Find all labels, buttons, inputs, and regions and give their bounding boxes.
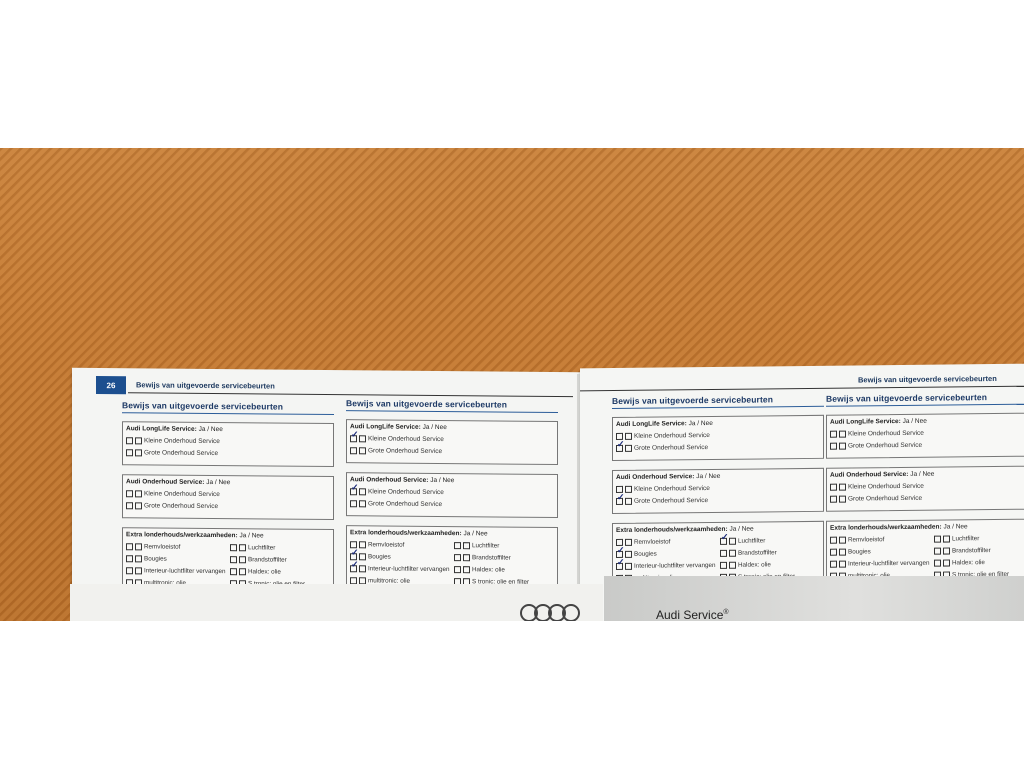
longlife-service-box-header: Audi LongLife Service: Ja / Nee <box>350 423 554 432</box>
checkbox-label: Grote Onderhoud Service <box>848 495 922 503</box>
checkbox-label: Remvloeistof <box>368 541 404 549</box>
checkbox-nee[interactable] <box>625 551 632 558</box>
section-label: Audi Onderhoud Service: <box>126 478 204 486</box>
checkbox-label: Luchtfilter <box>248 544 275 552</box>
checkbox-nee[interactable] <box>625 433 632 440</box>
checkbox-label: Grote Onderhoud Service <box>368 447 442 455</box>
section-label: Extra londerhouds/werkzaamheden: <box>350 529 462 537</box>
checkbox-label: Interieur-luchtfilter vervangen <box>144 567 226 576</box>
extra-work-header: Extra londerhouds/werkzaamheden: Ja / Ne… <box>126 531 330 540</box>
checkbox-label: Haldex: olie <box>952 559 985 567</box>
checkbox-row: Kleine Onderhoud Service <box>616 484 820 493</box>
yes-no-label: Ja / Nee <box>239 532 263 539</box>
checkbox-nee[interactable] <box>729 538 736 545</box>
checkbox-row: Kleine Onderhoud Service <box>616 431 820 440</box>
checkbox-ja[interactable] <box>350 435 357 442</box>
checkbox-row: Bougies <box>616 550 716 559</box>
checkbox-label: Brandstoffilter <box>248 556 287 564</box>
checkbox-row: Brandstoffilter <box>454 554 554 563</box>
checkbox-ja[interactable] <box>350 447 357 454</box>
checkbox-nee[interactable] <box>839 496 846 503</box>
checkbox-ja[interactable] <box>830 443 837 450</box>
checkbox-label: Remvloeistof <box>634 538 670 546</box>
checkbox-ja[interactable] <box>126 449 133 456</box>
onderhoud-service-box: Audi Onderhoud Service: Ja / NeeKleine O… <box>346 472 558 518</box>
checkbox-label: Kleine Onderhoud Service <box>634 432 710 440</box>
checkbox-label: Bougies <box>144 555 167 563</box>
checkbox-ja[interactable] <box>126 543 133 550</box>
checkbox-label: Bougies <box>848 548 871 556</box>
checkbox-nee[interactable] <box>135 555 142 562</box>
running-head-left: Bewijs van uitgevoerde servicebeurten <box>136 380 275 390</box>
section-label: Audi LongLife Service: <box>616 420 687 428</box>
checkbox-nee[interactable] <box>359 447 366 454</box>
yes-no-label: Ja / Nee <box>689 420 713 427</box>
checkbox-label: Luchtfilter <box>738 537 765 545</box>
checkbox-ja[interactable] <box>126 567 133 574</box>
checkbox-ja[interactable] <box>830 496 837 503</box>
longlife-service-box-header: Audi LongLife Service: Ja / Nee <box>616 419 820 428</box>
checkbox-label: Grote Onderhoud Service <box>368 500 442 508</box>
checkbox-nee[interactable] <box>625 445 632 452</box>
checkbox-row: Haldex: olie <box>934 559 1024 568</box>
checkbox-row: Luchtfilter <box>934 535 1024 544</box>
checkbox-label: Bougies <box>368 553 391 561</box>
checkbox-label: Kleine Onderhoud Service <box>144 490 220 498</box>
longlife-service-box: Audi LongLife Service: Ja / NeeKleine On… <box>346 419 558 465</box>
checkbox-row: Kleine Onderhoud Service <box>350 488 554 497</box>
column-title: Bewijs van uitgevoerde servicebeurten <box>122 400 334 415</box>
section-label: Audi LongLife Service: <box>350 423 421 431</box>
checkbox-ja[interactable] <box>720 550 727 557</box>
yes-no-label: Ja / Nee <box>430 477 454 484</box>
section-label: Audi LongLife Service: <box>126 425 197 433</box>
checkbox-ja[interactable] <box>616 563 623 570</box>
checkbox-ja[interactable] <box>454 566 461 573</box>
checkbox-label: Remvloeistof <box>144 543 180 551</box>
checkbox-ja[interactable] <box>126 490 133 497</box>
checkbox-label: Luchtfilter <box>472 542 499 550</box>
checkbox-nee[interactable] <box>239 556 246 563</box>
checkbox-row: Luchtfilter <box>720 537 820 546</box>
checkbox-row: Haldex: olie <box>454 566 554 575</box>
checkbox-ja[interactable] <box>934 548 941 555</box>
yes-no-label: Ja / Nee <box>943 523 967 530</box>
checkbox-ja[interactable] <box>830 549 837 556</box>
checkbox-label: Interieur-luchtfilter vervangen <box>634 562 716 571</box>
checkbox-nee[interactable] <box>625 539 632 546</box>
checkbox-row: Bougies <box>350 553 450 562</box>
section-label: Audi Onderhoud Service: <box>830 471 908 479</box>
checkbox-row: Remvloeistof <box>616 538 716 547</box>
checkbox-row: Remvloeistof <box>350 541 450 550</box>
running-line <box>128 392 573 397</box>
yes-no-label: Ja / Nee <box>903 418 927 425</box>
onderhoud-service-box: Audi Onderhoud Service: Ja / NeeKleine O… <box>612 468 824 514</box>
checkbox-row: Kleine Onderhoud Service <box>830 482 1024 491</box>
checkbox-row: Kleine Onderhoud Service <box>126 437 330 446</box>
yes-no-label: Ja / Nee <box>910 471 934 478</box>
onderhoud-service-box-header: Audi Onderhoud Service: Ja / Nee <box>126 478 330 487</box>
checkbox-nee[interactable] <box>463 554 470 561</box>
section-label: Extra londerhouds/werkzaamheden: <box>616 526 728 534</box>
checkbox-label: Grote Onderhoud Service <box>848 442 922 450</box>
checkbox-row: Grote Onderhoud Service <box>350 500 554 509</box>
checkbox-label: Luchtfilter <box>952 535 979 543</box>
checkbox-ja[interactable] <box>126 555 133 562</box>
checkbox-ja[interactable] <box>350 565 357 572</box>
checkbox-nee[interactable] <box>729 550 736 557</box>
checkbox-label: Kleine Onderhoud Service <box>368 488 444 496</box>
checkbox-ja[interactable] <box>126 502 133 509</box>
checkbox-nee[interactable] <box>943 547 950 554</box>
checkbox-row: Kleine Onderhoud Service <box>126 490 330 499</box>
checkbox-row: Bougies <box>126 555 226 564</box>
checkbox-row: Brandstoffilter <box>230 556 330 565</box>
onderhoud-service-box: Audi Onderhoud Service: Ja / NeeKleine O… <box>826 466 1024 512</box>
checkbox-nee[interactable] <box>839 443 846 450</box>
checkbox-nee[interactable] <box>359 541 366 548</box>
checkbox-row: Interieur-luchtfilter vervangen <box>350 565 450 574</box>
page-number: 26 <box>96 376 126 394</box>
checkbox-ja[interactable] <box>350 488 357 495</box>
checkbox-label: Grote Onderhoud Service <box>634 497 708 505</box>
checkbox-label: Kleine Onderhoud Service <box>634 485 710 493</box>
checkbox-label: Interieur-luchtfilter vervangen <box>368 565 450 574</box>
checkbox-ja[interactable] <box>230 568 237 575</box>
checkbox-nee[interactable] <box>839 561 846 568</box>
checkbox-row: Grote Onderhoud Service <box>350 447 554 456</box>
photo-background-wood-table: 26 Bewijs van uitgevoerde servicebeurten… <box>0 148 1024 621</box>
checkbox-label: Haldex: olie <box>248 568 281 576</box>
checkbox-nee[interactable] <box>239 544 246 551</box>
checkbox-row: Bougies <box>830 548 930 557</box>
checkbox-ja[interactable] <box>454 554 461 561</box>
checkbox-nee[interactable] <box>839 431 846 438</box>
checkbox-ja[interactable] <box>230 556 237 563</box>
yes-no-label: Ja / Nee <box>206 479 230 486</box>
checkbox-nee[interactable] <box>135 437 142 444</box>
checkbox-row: Brandstoffilter <box>720 549 820 558</box>
checkbox-nee[interactable] <box>359 565 366 572</box>
checkbox-nee[interactable] <box>839 537 846 544</box>
checkbox-label: Grote Onderhoud Service <box>634 444 708 452</box>
audi-service-text: Audi Service <box>656 608 723 621</box>
checkbox-row: Haldex: olie <box>720 561 820 570</box>
longlife-service-box-header: Audi LongLife Service: Ja / Nee <box>126 425 330 434</box>
checkbox-ja[interactable] <box>230 544 237 551</box>
checkbox-label: Brandstoffilter <box>952 547 991 555</box>
checkbox-label: Remvloeistof <box>848 536 884 544</box>
checkbox-label: Bougies <box>634 551 657 559</box>
checkbox-label: Kleine Onderhoud Service <box>848 483 924 491</box>
checkbox-nee[interactable] <box>135 449 142 456</box>
checkbox-label: Kleine Onderhoud Service <box>848 430 924 438</box>
checkbox-nee[interactable] <box>625 498 632 505</box>
column-title: Bewijs van uitgevoerde servicebeurten <box>826 392 1024 407</box>
checkbox-ja[interactable] <box>830 484 837 491</box>
running-line <box>580 386 1024 392</box>
checkbox-row: Grote Onderhoud Service <box>616 496 820 505</box>
checkbox-label: Haldex: olie <box>472 566 505 574</box>
checkbox-row: Kleine Onderhoud Service <box>350 435 554 444</box>
checkbox-label: Haldex: olie <box>738 561 771 569</box>
section-label: Audi LongLife Service: <box>830 418 901 426</box>
checkbox-ja[interactable] <box>616 445 623 452</box>
yes-no-label: Ja / Nee <box>696 473 720 480</box>
checkbox-nee[interactable] <box>135 567 142 574</box>
onderhoud-service-box-header: Audi Onderhoud Service: Ja / Nee <box>830 470 1024 479</box>
section-label: Extra londerhouds/werkzaamheden: <box>830 524 942 532</box>
checkbox-label: Grote Onderhoud Service <box>144 502 218 510</box>
service-booklet-cover <box>70 584 603 621</box>
checkbox-row: Interieur-luchtfilter vervangen <box>126 567 226 576</box>
registered-mark: ® <box>723 609 728 616</box>
checkbox-ja[interactable] <box>720 562 727 569</box>
audi-rings-icon <box>518 602 582 621</box>
checkbox-nee[interactable] <box>135 502 142 509</box>
yes-no-label: Ja / Nee <box>463 530 487 537</box>
checkbox-ja[interactable] <box>616 498 623 505</box>
checkbox-row: Grote Onderhoud Service <box>126 449 330 458</box>
column-title: Bewijs van uitgevoerde servicebeurten <box>346 398 558 413</box>
checkbox-ja[interactable] <box>934 560 941 567</box>
checkbox-ja[interactable] <box>350 500 357 507</box>
audi-service-cover: Audi Service® <box>604 576 1024 621</box>
checkbox-nee[interactable] <box>625 563 632 570</box>
checkbox-label: Grote Onderhoud Service <box>144 449 218 457</box>
checkbox-row: Interieur-luchtfilter vervangen <box>616 562 716 571</box>
longlife-service-box-header: Audi LongLife Service: Ja / Nee <box>830 417 1024 426</box>
column-title: Bewijs van uitgevoerde servicebeurten <box>612 394 824 409</box>
extra-work-header: Extra londerhouds/werkzaamheden: Ja / Ne… <box>350 529 554 538</box>
checkbox-row: Interieur-luchtfilter vervangen <box>830 560 930 569</box>
longlife-service-box: Audi LongLife Service: Ja / NeeKleine On… <box>122 421 334 467</box>
section-label: Audi Onderhoud Service: <box>350 476 428 484</box>
onderhoud-service-box: Audi Onderhoud Service: Ja / NeeKleine O… <box>122 474 334 520</box>
onderhoud-service-box-header: Audi Onderhoud Service: Ja / Nee <box>616 472 820 481</box>
checkbox-nee[interactable] <box>135 543 142 550</box>
checkbox-ja[interactable] <box>720 538 727 545</box>
checkbox-row: Luchtfilter <box>454 542 554 551</box>
checkbox-nee[interactable] <box>943 535 950 542</box>
checkbox-row: Grote Onderhoud Service <box>616 443 820 452</box>
checkbox-row: Kleine Onderhoud Service <box>830 429 1024 438</box>
section-label: Audi Onderhoud Service: <box>616 473 694 481</box>
checkbox-ja[interactable] <box>830 561 837 568</box>
checkbox-label: Interieur-luchtfilter vervangen <box>848 560 930 569</box>
checkbox-label: Brandstoffilter <box>472 554 511 562</box>
checkbox-label: Kleine Onderhoud Service <box>368 435 444 443</box>
checkbox-ja[interactable] <box>454 542 461 549</box>
checkbox-row: Brandstoffilter <box>934 547 1024 556</box>
section-label: Extra londerhouds/werkzaamheden: <box>126 531 238 539</box>
audi-service-title: Audi Service® <box>656 608 729 621</box>
onderhoud-service-box-header: Audi Onderhoud Service: Ja / Nee <box>350 476 554 485</box>
checkbox-row: Grote Onderhoud Service <box>830 441 1024 450</box>
checkbox-row: Remvloeistof <box>830 536 930 545</box>
checkbox-nee[interactable] <box>839 549 846 556</box>
running-head-right: Bewijs van uitgevoerde servicebeurten <box>858 374 997 384</box>
checkbox-nee[interactable] <box>729 562 736 569</box>
checkbox-label: Kleine Onderhoud Service <box>144 437 220 445</box>
extra-work-header: Extra londerhouds/werkzaamheden: Ja / Ne… <box>616 525 820 534</box>
checkbox-nee[interactable] <box>239 568 246 575</box>
checkbox-nee[interactable] <box>839 484 846 491</box>
checkbox-nee[interactable] <box>625 486 632 493</box>
checkbox-nee[interactable] <box>943 559 950 566</box>
checkbox-nee[interactable] <box>463 542 470 549</box>
checkbox-ja[interactable] <box>126 437 133 444</box>
yes-no-label: Ja / Nee <box>199 426 223 433</box>
extra-work-header: Extra londerhouds/werkzaamheden: Ja / Ne… <box>830 523 1024 532</box>
yes-no-label: Ja / Nee <box>729 526 753 533</box>
checkbox-nee[interactable] <box>359 488 366 495</box>
checkbox-nee[interactable] <box>135 490 142 497</box>
checkbox-row: Luchtfilter <box>230 544 330 553</box>
checkbox-ja[interactable] <box>934 536 941 543</box>
longlife-service-box: Audi LongLife Service: Ja / NeeKleine On… <box>826 413 1024 459</box>
checkbox-nee[interactable] <box>359 435 366 442</box>
checkbox-row: Grote Onderhoud Service <box>126 502 330 511</box>
checkbox-row: Remvloeistof <box>126 543 226 552</box>
checkbox-nee[interactable] <box>359 553 366 560</box>
checkbox-nee[interactable] <box>359 500 366 507</box>
checkbox-row: Grote Onderhoud Service <box>830 494 1024 503</box>
yes-no-label: Ja / Nee <box>423 424 447 431</box>
checkbox-row: Haldex: olie <box>230 568 330 577</box>
checkbox-ja[interactable] <box>830 537 837 544</box>
checkbox-label: Brandstoffilter <box>738 549 777 557</box>
longlife-service-box: Audi LongLife Service: Ja / NeeKleine On… <box>612 415 824 461</box>
checkbox-ja[interactable] <box>830 431 837 438</box>
checkbox-nee[interactable] <box>463 566 470 573</box>
